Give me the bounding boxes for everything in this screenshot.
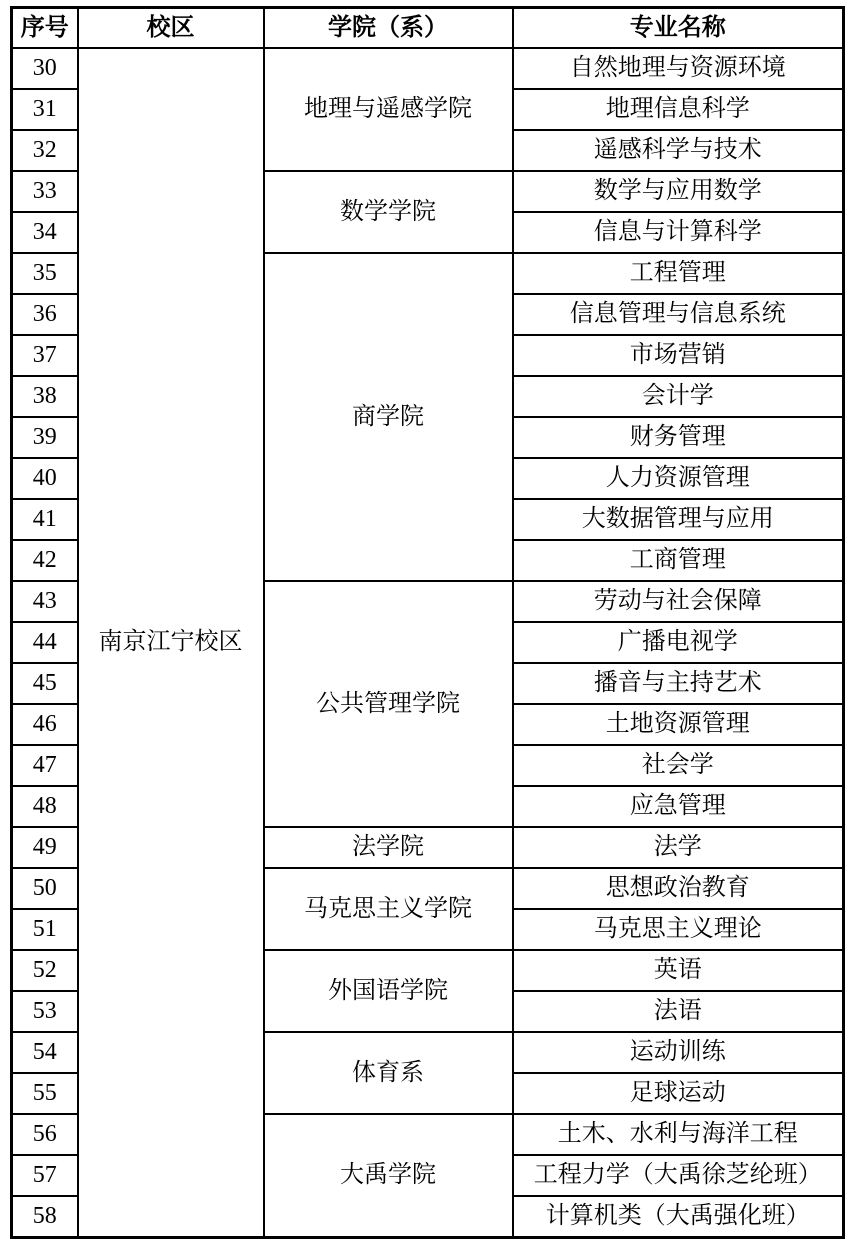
major-cell: 土地资源管理	[513, 704, 844, 745]
college-cell: 外国语学院	[264, 950, 513, 1032]
row-number-cell: 35	[12, 253, 78, 294]
row-number-cell: 55	[12, 1073, 78, 1114]
campus-cell: 南京江宁校区	[78, 48, 264, 1237]
major-cell: 遥感科学与技术	[513, 130, 844, 171]
row-number-cell: 45	[12, 663, 78, 704]
college-cell: 公共管理学院	[264, 581, 513, 827]
row-number-cell: 31	[12, 89, 78, 130]
major-cell: 马克思主义理论	[513, 909, 844, 950]
row-number-cell: 51	[12, 909, 78, 950]
college-cell: 马克思主义学院	[264, 868, 513, 950]
major-cell: 工商管理	[513, 540, 844, 581]
major-cell: 市场营销	[513, 335, 844, 376]
major-cell: 广播电视学	[513, 622, 844, 663]
header-major-name: 专业名称	[513, 8, 844, 49]
row-number-cell: 43	[12, 581, 78, 622]
row-number-cell: 38	[12, 376, 78, 417]
major-cell: 播音与主持艺术	[513, 663, 844, 704]
header-college: 学院（系）	[264, 8, 513, 49]
row-number-cell: 58	[12, 1196, 78, 1237]
row-number-cell: 54	[12, 1032, 78, 1073]
major-cell: 社会学	[513, 745, 844, 786]
header-row: 序号 校区 学院（系） 专业名称	[12, 8, 844, 49]
major-cell: 英语	[513, 950, 844, 991]
major-cell: 数学与应用数学	[513, 171, 844, 212]
row-number-cell: 33	[12, 171, 78, 212]
document-page: 序号 校区 学院（系） 专业名称 30南京江宁校区地理与遥感学院自然地理与资源环…	[0, 0, 852, 1251]
row-number-cell: 56	[12, 1114, 78, 1155]
table-body: 30南京江宁校区地理与遥感学院自然地理与资源环境31地理信息科学32遥感科学与技…	[12, 48, 844, 1237]
row-number-cell: 40	[12, 458, 78, 499]
row-number-cell: 32	[12, 130, 78, 171]
row-number-cell: 47	[12, 745, 78, 786]
college-cell: 地理与遥感学院	[264, 48, 513, 171]
row-number-cell: 49	[12, 827, 78, 868]
major-cell: 法语	[513, 991, 844, 1032]
majors-table: 序号 校区 学院（系） 专业名称 30南京江宁校区地理与遥感学院自然地理与资源环…	[10, 6, 845, 1239]
college-cell: 法学院	[264, 827, 513, 868]
major-cell: 会计学	[513, 376, 844, 417]
row-number-cell: 39	[12, 417, 78, 458]
header-campus: 校区	[78, 8, 264, 49]
major-cell: 法学	[513, 827, 844, 868]
row-number-cell: 57	[12, 1155, 78, 1196]
row-number-cell: 50	[12, 868, 78, 909]
row-number-cell: 48	[12, 786, 78, 827]
major-cell: 地理信息科学	[513, 89, 844, 130]
row-number-cell: 52	[12, 950, 78, 991]
row-number-cell: 53	[12, 991, 78, 1032]
major-cell: 信息与计算科学	[513, 212, 844, 253]
major-cell: 人力资源管理	[513, 458, 844, 499]
table-row: 30南京江宁校区地理与遥感学院自然地理与资源环境	[12, 48, 844, 89]
major-cell: 大数据管理与应用	[513, 499, 844, 540]
header-serial-number: 序号	[12, 8, 78, 49]
major-cell: 应急管理	[513, 786, 844, 827]
major-cell: 信息管理与信息系统	[513, 294, 844, 335]
row-number-cell: 42	[12, 540, 78, 581]
major-cell: 足球运动	[513, 1073, 844, 1114]
major-cell: 土木、水利与海洋工程	[513, 1114, 844, 1155]
row-number-cell: 34	[12, 212, 78, 253]
major-cell: 自然地理与资源环境	[513, 48, 844, 89]
major-cell: 工程管理	[513, 253, 844, 294]
major-cell: 劳动与社会保障	[513, 581, 844, 622]
row-number-cell: 41	[12, 499, 78, 540]
major-cell: 财务管理	[513, 417, 844, 458]
row-number-cell: 30	[12, 48, 78, 89]
college-cell: 数学学院	[264, 171, 513, 253]
major-cell: 运动训练	[513, 1032, 844, 1073]
major-cell: 计算机类（大禹强化班）	[513, 1196, 844, 1237]
major-cell: 思想政治教育	[513, 868, 844, 909]
row-number-cell: 46	[12, 704, 78, 745]
major-cell: 工程力学（大禹徐芝纶班）	[513, 1155, 844, 1196]
college-cell: 商学院	[264, 253, 513, 581]
row-number-cell: 36	[12, 294, 78, 335]
college-cell: 体育系	[264, 1032, 513, 1114]
college-cell: 大禹学院	[264, 1114, 513, 1237]
row-number-cell: 44	[12, 622, 78, 663]
row-number-cell: 37	[12, 335, 78, 376]
